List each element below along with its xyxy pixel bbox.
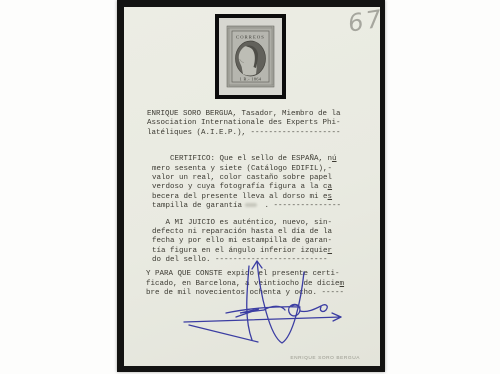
scan-background: 67 CORREOS 1 R.- 1864 ENRIQUE SORO BERGU…	[0, 0, 500, 374]
text-line: mero sesenta y siete (Catálogo EDIFIL),-	[152, 165, 362, 174]
text-line: A MI JUICIO es auténtico, nuevo, sin-	[152, 219, 362, 228]
certificate-text: ENRIQUE SORO BERGUA, Tasador, Miembro de…	[147, 110, 362, 299]
text-line: ficado, en Barcelona, a veintiocho de di…	[146, 280, 362, 289]
text-line: Y PARA QUE CONSTE expido el presente cer…	[146, 270, 362, 279]
stamp-photograph: CORREOS 1 R.- 1864	[215, 14, 286, 99]
stamp-image: CORREOS 1 R.- 1864	[219, 18, 282, 95]
printer-imprint: ENRIQUE SORO BERGUA	[290, 356, 360, 361]
text-line: verdoso y cuya fotografía figura a la ca	[152, 183, 362, 192]
certificate-card: 67 CORREOS 1 R.- 1864 ENRIQUE SORO BERGU…	[117, 0, 385, 372]
text-line: fecha y por ello mi estampilla de garan-	[152, 237, 362, 246]
text-line: ENRIQUE SORO BERGUA, Tasador, Miembro de…	[147, 110, 362, 119]
text-line: defecto ni reparación hasta el día de la	[152, 228, 362, 237]
text-line: bre de mil novecientos ochenta y ocho. -…	[146, 289, 362, 298]
text-line: CERTIFICO: Que el sello de ESPAÑA, nú	[152, 155, 362, 164]
text-line: do del sello. -------------------------	[152, 256, 362, 265]
stamp-top-inscription: CORREOS	[236, 35, 265, 40]
text-line: tampilla de garantía . ---------------	[152, 202, 362, 211]
text-line: latéliques (A.I.E.P.), -----------------…	[147, 129, 362, 138]
text-line: valor un real, color castaño sobre papel	[152, 174, 362, 183]
guarantee-stamp-smudge	[245, 203, 257, 207]
text-line: Association Internationale des Experts P…	[147, 119, 362, 128]
pencil-catalog-number: 67	[346, 4, 386, 37]
expert-intro-paragraph: ENRIQUE SORO BERGUA, Tasador, Miembro de…	[147, 110, 362, 138]
text-line: becera del presente lleva al dorso mi es	[152, 193, 362, 202]
certifico-paragraph: CERTIFICO: Que el sello de ESPAÑA, nú me…	[152, 155, 362, 211]
closing-paragraph: Y PARA QUE CONSTE expido el presente cer…	[146, 270, 362, 298]
juicio-paragraph: A MI JUICIO es auténtico, nuevo, sin- de…	[152, 219, 362, 266]
text-line: tía figura en el ángulo inferior izquier	[152, 247, 362, 256]
stamp-bottom-inscription: 1 R.- 1864	[240, 77, 262, 82]
